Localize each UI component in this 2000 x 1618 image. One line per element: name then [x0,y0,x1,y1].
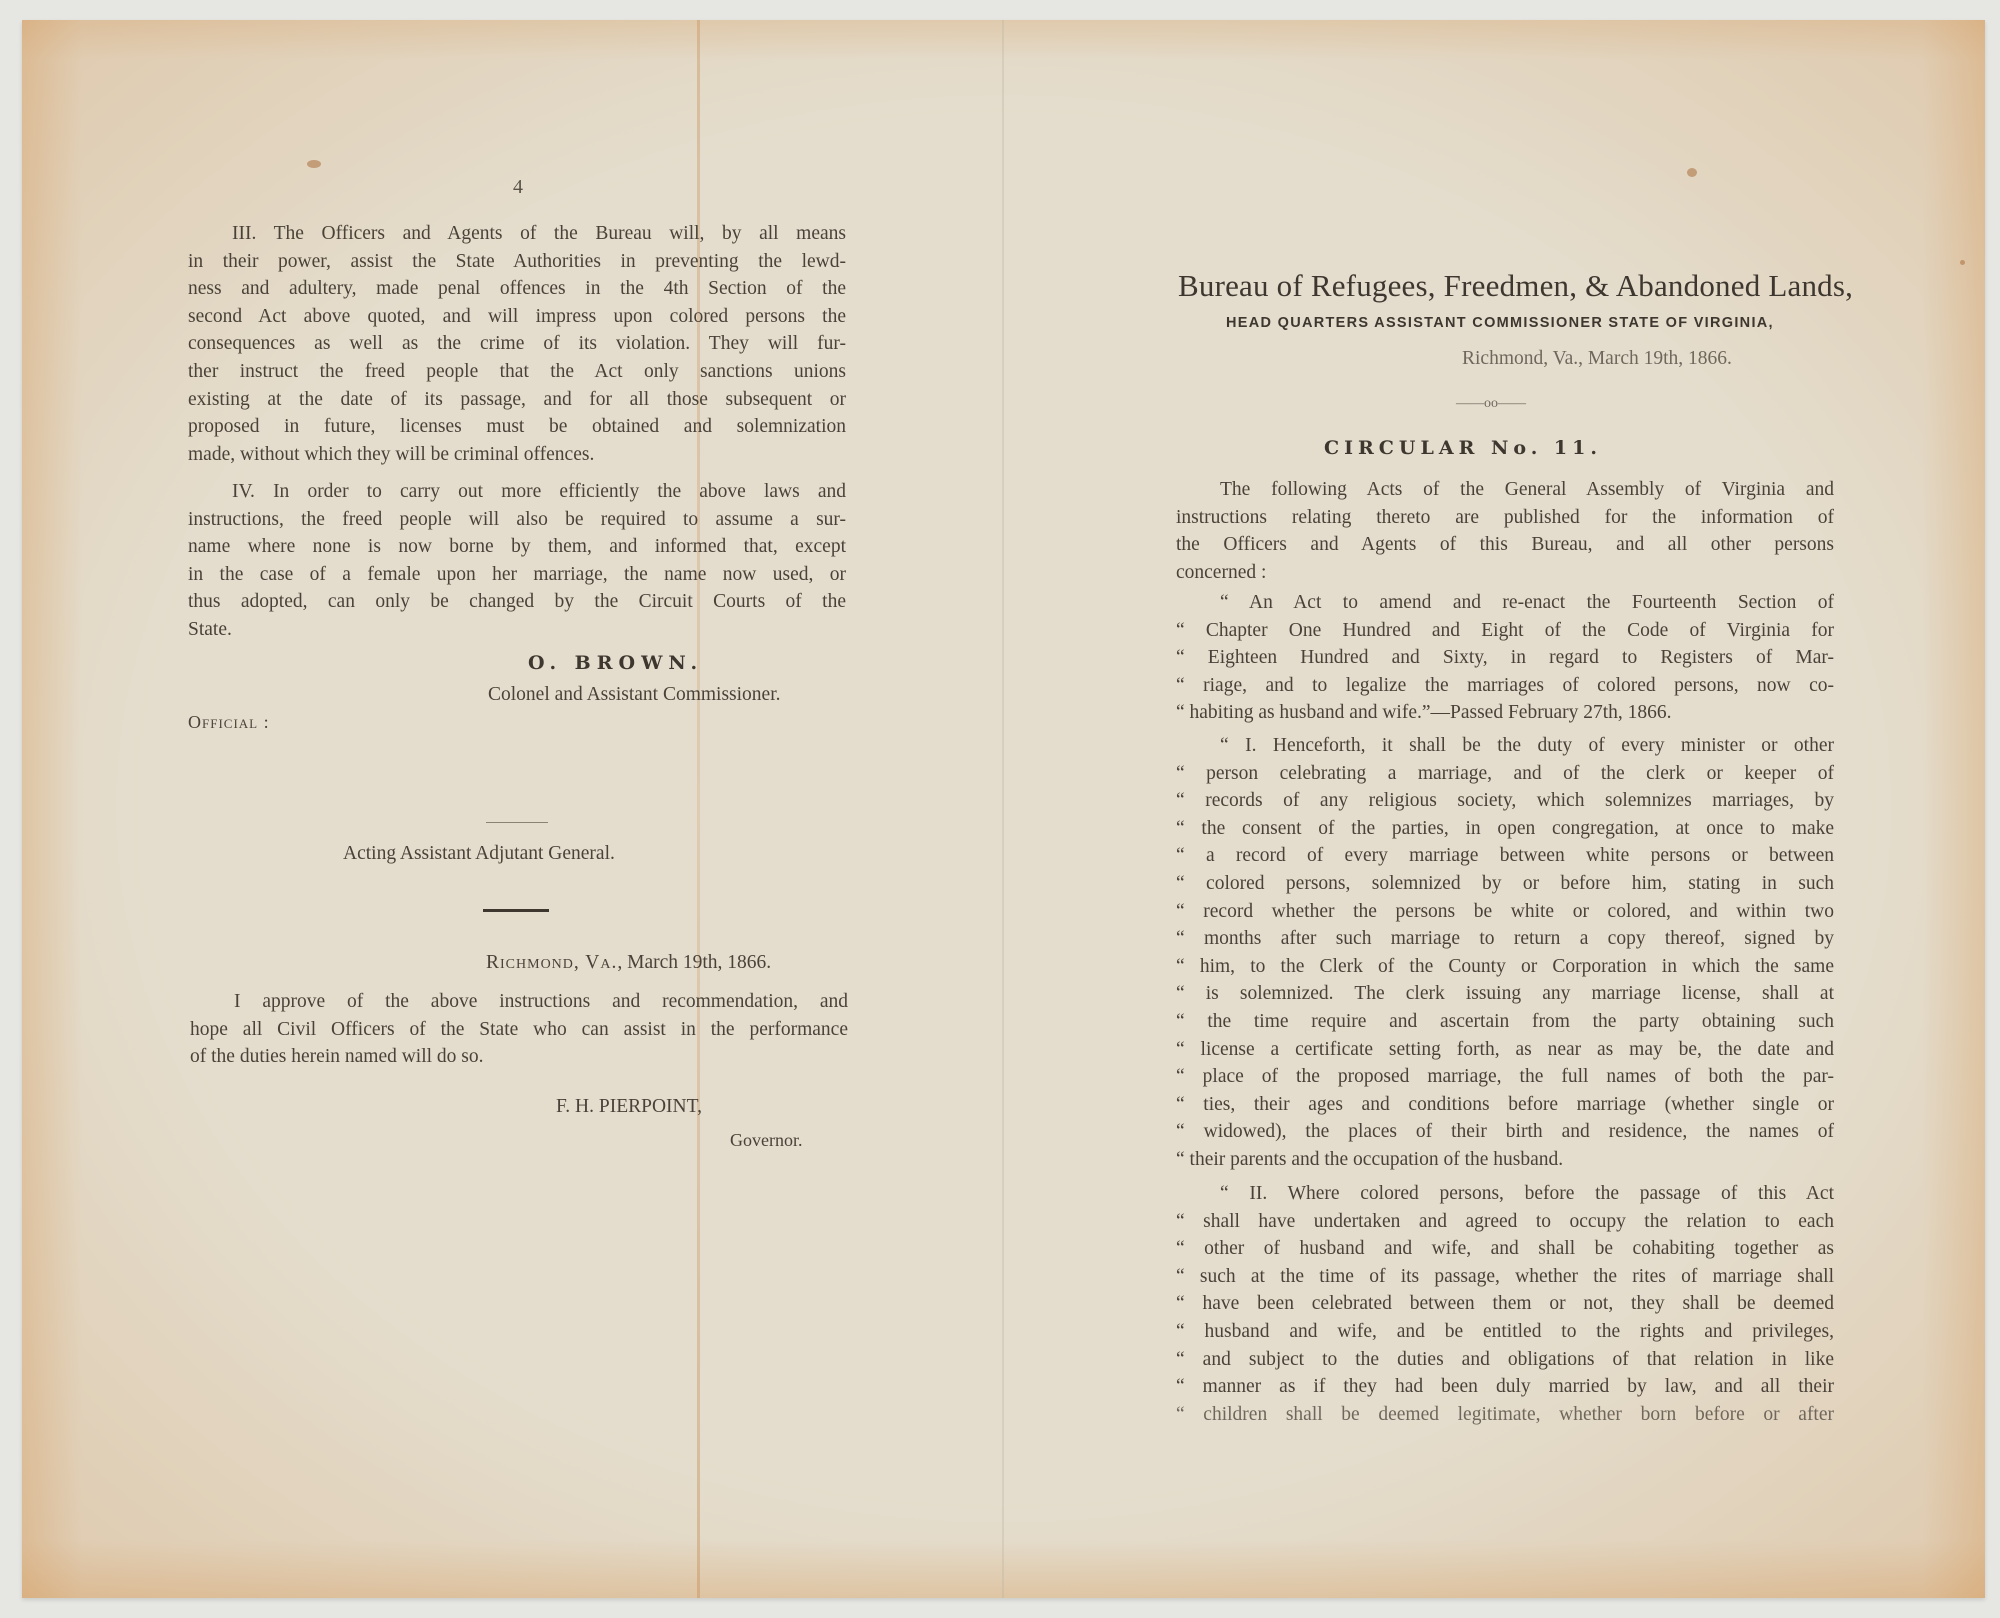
text-line: “ colored persons, solemnized by or befo… [1176,870,1834,898]
section-iv-paragraph: IV. In order to carry out more efficient… [188,478,846,644]
text-line: “ I. Henceforth, it shall be the duty of… [1176,732,1834,760]
text-line: “ and subject to the duties and obligati… [1176,1346,1834,1374]
text-line: ther instruct the freed people that the … [188,358,846,386]
text-line: “ II. Where colored persons, before the … [1176,1180,1834,1208]
text-line: second Act above quoted, and will impres… [188,303,846,331]
circular-title: CIRCULAR No. 11. [1324,437,1602,459]
approval-paragraph: I approve of the above instructions and … [190,988,848,1071]
signature-title-commissioner: Colonel and Assistant Commissioner. [488,684,781,706]
text-line: III. The Officers and Agents of the Bure… [188,220,846,248]
text-line: IV. In order to carry out more efficient… [188,478,846,506]
text-line: I approve of the above instructions and … [190,988,848,1016]
text-line: in their power, assist the State Authori… [188,248,846,276]
text-line: “ months after such marriage to return a… [1176,925,1834,953]
text-line: “ license a certificate setting forth, a… [1176,1036,1834,1064]
act-title-paragraph: “ An Act to amend and re-enact the Fourt… [1176,589,1834,727]
section-i-paragraph: “ I. Henceforth, it shall be the duty of… [1176,732,1834,1174]
text-line: “ shall have undertaken and agreed to oc… [1176,1208,1834,1236]
text-line: “ the time require and ascertain from th… [1176,1008,1834,1036]
text-line: “ manner as if they had been duly marrie… [1176,1373,1834,1401]
text-line: “ An Act to amend and re-enact the Fourt… [1176,589,1834,617]
section-iii-paragraph: III. The Officers and Agents of the Bure… [188,220,846,468]
text-line: “ Eighteen Hundred and Sixty, in regard … [1176,644,1834,672]
text-line: name where none is now borne by them, an… [188,533,846,561]
text-line: proposed in future, licenses must be obt… [188,413,846,441]
text-line: “ the consent of the parties, in open co… [1176,815,1834,843]
headquarters-subtitle: HEAD QUARTERS ASSISTANT COMMISSIONER STA… [1226,315,1774,331]
text-line: made, without which they will be crimina… [188,441,846,469]
text-line: “ other of husband and wife, and shall b… [1176,1235,1834,1263]
text-line: “ is solemnized. The clerk issuing any m… [1176,980,1834,1008]
text-line: existing at the date of its passage, and… [188,386,846,414]
text-line: of the duties herein named will do so. [190,1043,848,1071]
text-line: “ record whether the persons be white or… [1176,898,1834,926]
ornament-divider: ——oo—— [1456,396,1526,412]
text-line: “ husband and wife, and be entitled to t… [1176,1318,1834,1346]
text-line: The following Acts of the General Assemb… [1176,476,1834,504]
foxing-stain [307,160,321,168]
signature-line [486,822,548,823]
right-dateline: Richmond, Va., March 19th, 1866. [1462,348,1732,370]
bureau-title: Bureau of Refugees, Freedmen, & Abandone… [1178,268,1853,304]
text-line: “ records of any religious society, whic… [1176,787,1834,815]
adjutant-title: Acting Assistant Adjutant General. [343,843,615,865]
text-line: the Officers and Agents of this Bureau, … [1176,531,1834,559]
text-line: “ have been celebrated between them or n… [1176,1290,1834,1318]
page-number: 4 [513,176,523,199]
text-line: “ ties, their ages and conditions before… [1176,1091,1834,1119]
text-line: “ person celebrating a marriage, and of … [1176,760,1834,788]
text-line: “ a record of every marriage between whi… [1176,842,1834,870]
text-line: thus adopted, can only be changed by the… [188,588,846,616]
text-line: State. [188,616,846,644]
signature-title-governor: Governor. [730,1130,802,1151]
intro-paragraph: The following Acts of the General Assemb… [1176,476,1834,586]
section-ii-paragraph: “ II. Where colored persons, before the … [1176,1180,1834,1428]
text-line: instructions, the freed people will also… [188,506,846,534]
text-line: “ him, to the Clerk of the County or Cor… [1176,953,1834,981]
dateline-place: Richmond, Va. [486,952,617,973]
text-line: “ their parents and the occupation of th… [1176,1146,1834,1174]
signature-pierpoint: F. H. PIERPOINT, [556,1096,702,1118]
signature-o-brown: O. BROWN. [528,652,703,674]
foxing-stain [1687,168,1697,177]
text-line: “ widowed), the places of their birth an… [1176,1118,1834,1146]
text-line: “ such at the time of its passage, wheth… [1176,1263,1834,1291]
text-line: “ place of the proposed marriage, the fu… [1176,1063,1834,1091]
text-line: consequences as well as the crime of its… [188,330,846,358]
text-line: hope all Civil Officers of the State who… [190,1016,848,1044]
section-divider [483,909,549,912]
official-label: Official : [188,712,270,733]
foxing-stain [1960,260,1965,265]
text-line: concerned : [1176,559,1834,587]
text-line: ness and adultery, made penal offences i… [188,275,846,303]
text-line: “ children shall be deemed legitimate, w… [1176,1401,1834,1429]
left-dateline: Richmond, Va., March 19th, 1866. [486,952,771,974]
dateline-date: , March 19th, 1866. [617,952,771,973]
text-line: “ Chapter One Hundred and Eight of the C… [1176,617,1834,645]
text-line: “ habiting as husband and wife.”—Passed … [1176,699,1834,727]
text-line: instructions relating thereto are publis… [1176,504,1834,532]
text-line: in the case of a female upon her marriag… [188,561,846,589]
center-fold [1002,20,1004,1598]
text-line: “ riage, and to legalize the marriages o… [1176,672,1834,700]
